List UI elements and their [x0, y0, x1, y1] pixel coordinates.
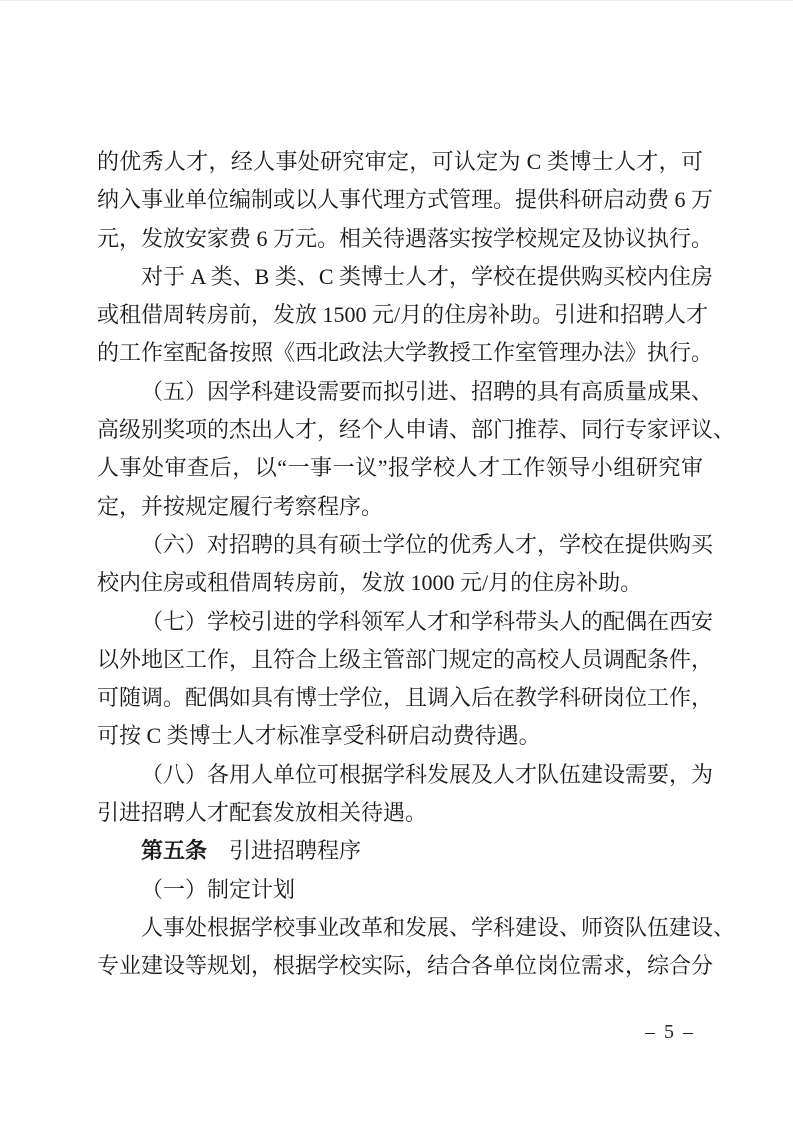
paragraph: （八）各用人单位可根据学科发展及人才队伍建设需要，为引进招聘人才配套发放相关待遇… — [97, 756, 703, 833]
text-run: 的工作室配备按照《西北政法大学教授工作室管理办法》执行。 — [97, 340, 713, 365]
paragraph: 人事处根据学校事业改革和发展、学科建设、师资队伍建设、专业建设等规划，根据学校实… — [97, 909, 703, 986]
text-line: 校内住房或租借周转房前，发放 1000 元/月的住房补助。 — [97, 564, 703, 602]
text-line: （一）制定计划 — [97, 871, 703, 909]
paragraph: （五）因学科建设需要而拟引进、招聘的具有高质量成果、高级别奖项的杰出人才，经个人… — [97, 373, 703, 526]
text-line: 以外地区工作，且符合上级主管部门规定的高校人员调配条件， — [97, 641, 703, 679]
text-line: 人事处审查后，以“一事一议”报学校人才工作领导小组研究审 — [97, 449, 703, 487]
page-number: – 5 – — [628, 1021, 712, 1044]
text-run: 引进招聘人才配套发放相关待遇。 — [97, 800, 427, 825]
article-heading-number: 第五条 — [141, 838, 207, 863]
text-run: 或租借周转房前，发放 1500 元/月的住房补助。引进和招聘人才 — [97, 302, 708, 327]
text-run: （六）对招聘的具有硕士学位的优秀人才，学校在提供购买 — [141, 532, 713, 557]
document-page: 的优秀人才，经人事处研究审定，可认定为 C 类博士人才，可纳入事业单位编制或以人… — [0, 0, 793, 1123]
text-run: 可按 C 类博士人才标准享受科研启动费待遇。 — [97, 723, 541, 748]
text-line: 定，并按规定履行考察程序。 — [97, 488, 703, 526]
text-line: 的优秀人才，经人事处研究审定，可认定为 C 类博士人才，可 — [97, 143, 703, 181]
text-run: （八）各用人单位可根据学科发展及人才队伍建设需要，为 — [141, 762, 713, 787]
text-line: （八）各用人单位可根据学科发展及人才队伍建设需要，为 — [97, 756, 703, 794]
text-run: 纳入事业单位编制或以人事代理方式管理。提供科研启动费 6 万 — [97, 187, 713, 212]
text-run: （七）学校引进的学科领军人才和学科带头人的配偶在西安 — [141, 609, 713, 634]
text-run: 的优秀人才，经人事处研究审定，可认定为 C 类博士人才，可 — [97, 149, 703, 174]
text-line: （五）因学科建设需要而拟引进、招聘的具有高质量成果、 — [97, 373, 703, 411]
text-line: 引进招聘人才配套发放相关待遇。 — [97, 794, 703, 832]
text-line: 的工作室配备按照《西北政法大学教授工作室管理办法》执行。 — [97, 334, 703, 372]
paragraph: （七）学校引进的学科领军人才和学科带头人的配偶在西安以外地区工作，且符合上级主管… — [97, 603, 703, 756]
text-run: 校内住房或租借周转房前，发放 1000 元/月的住房补助。 — [97, 570, 642, 595]
text-line: 对于 A 类、B 类、C 类博士人才，学校在提供购买校内住房 — [97, 258, 703, 296]
text-line: （七）学校引进的学科领军人才和学科带头人的配偶在西安 — [97, 603, 703, 641]
text-line: 或租借周转房前，发放 1500 元/月的住房补助。引进和招聘人才 — [97, 296, 703, 334]
text-line: 人事处根据学校事业改革和发展、学科建设、师资队伍建设、 — [97, 909, 703, 947]
text-line: 纳入事业单位编制或以人事代理方式管理。提供科研启动费 6 万 — [97, 181, 703, 219]
paragraph: 第五条 引进招聘程序 — [97, 832, 703, 870]
paragraph: （六）对招聘的具有硕士学位的优秀人才，学校在提供购买校内住房或租借周转房前，发放… — [97, 526, 703, 603]
text-run: （一）制定计划 — [141, 877, 295, 902]
text-line: 第五条 引进招聘程序 — [97, 832, 703, 870]
text-run: （五）因学科建设需要而拟引进、招聘的具有高质量成果、 — [141, 379, 713, 404]
text-run: 人事处审查后，以“一事一议”报学校人才工作领导小组研究审 — [97, 455, 703, 480]
text-line: 专业建设等规划，根据学校实际，结合各单位岗位需求，综合分 — [97, 947, 703, 985]
text-line: （六）对招聘的具有硕士学位的优秀人才，学校在提供购买 — [97, 526, 703, 564]
text-run: 高级别奖项的杰出人才，经个人申请、部门推荐、同行专家评议、 — [97, 417, 735, 442]
text-run: 对于 A 类、B 类、C 类博士人才，学校在提供购买校内住房 — [141, 264, 713, 289]
text-run: 人事处根据学校事业改革和发展、学科建设、师资队伍建设、 — [141, 915, 735, 940]
text-run: 以外地区工作，且符合上级主管部门规定的高校人员调配条件， — [97, 647, 713, 672]
paragraph: 的优秀人才，经人事处研究审定，可认定为 C 类博士人才，可纳入事业单位编制或以人… — [97, 143, 703, 258]
text-run: 元，发放安家费 6 万元。相关待遇落实按学校规定及协议执行。 — [97, 226, 713, 251]
text-run: 专业建设等规划，根据学校实际，结合各单位岗位需求，综合分 — [97, 953, 713, 978]
paragraph: （一）制定计划 — [97, 871, 703, 909]
text-line: 可按 C 类博士人才标准享受科研启动费待遇。 — [97, 717, 703, 755]
text-line: 可随调。配偶如具有博士学位，且调入后在教学科研岗位工作， — [97, 679, 703, 717]
paragraph: 对于 A 类、B 类、C 类博士人才，学校在提供购买校内住房或租借周转房前，发放… — [97, 258, 703, 373]
text-run: 引进招聘程序 — [207, 838, 361, 863]
text-line: 元，发放安家费 6 万元。相关待遇落实按学校规定及协议执行。 — [97, 220, 703, 258]
text-run: 可随调。配偶如具有博士学位，且调入后在教学科研岗位工作， — [97, 685, 713, 710]
document-body: 的优秀人才，经人事处研究审定，可认定为 C 类博士人才，可纳入事业单位编制或以人… — [97, 143, 703, 986]
text-run: 定，并按规定履行考察程序。 — [97, 494, 383, 519]
text-line: 高级别奖项的杰出人才，经个人申请、部门推荐、同行专家评议、 — [97, 411, 703, 449]
